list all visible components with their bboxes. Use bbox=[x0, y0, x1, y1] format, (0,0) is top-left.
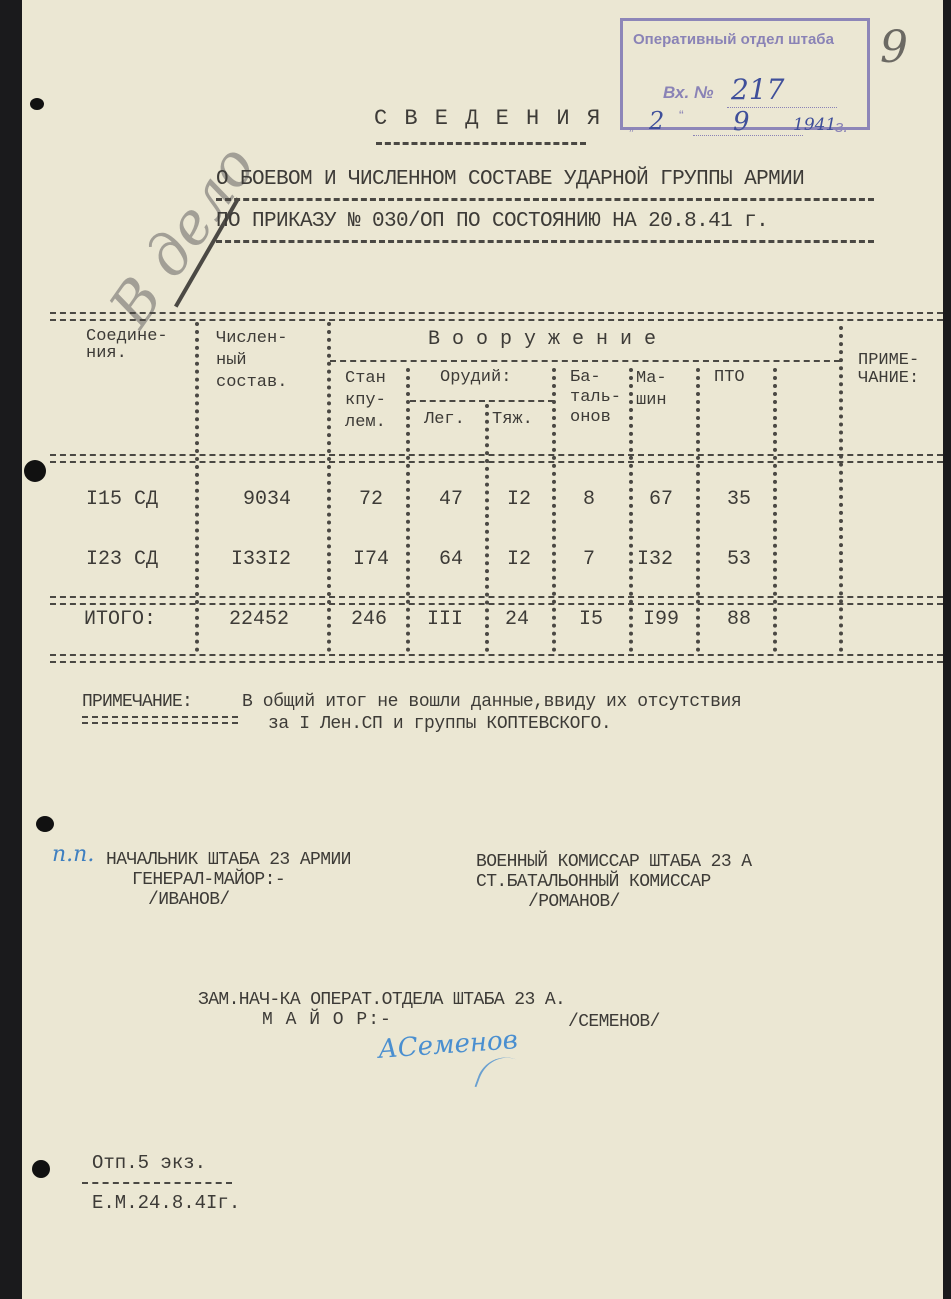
stamp-date-line bbox=[693, 135, 803, 136]
cell-machine-guns: I74 bbox=[336, 548, 406, 571]
cell-unit: I23 СД bbox=[86, 548, 158, 571]
deputy-rank: М А Й О Р:- bbox=[262, 1010, 392, 1030]
note-line-2: за I Лен.СП и группы КОПТЕВСКОГО. bbox=[268, 714, 611, 734]
header-bottom-rule bbox=[50, 454, 943, 463]
footer-rule bbox=[82, 1182, 232, 1184]
note-label: ПРИМЕЧАНИЕ: bbox=[82, 692, 192, 712]
cell-vehicles: 67 bbox=[626, 488, 696, 511]
header-personnel: Числен- ный состав. bbox=[216, 328, 287, 394]
header-remarks: ПРИМЕ- ЧАНИЕ: bbox=[858, 352, 919, 388]
stamp-day-open: „ bbox=[629, 117, 634, 133]
signer-right-name: /РОМАНОВ/ bbox=[528, 892, 620, 912]
punch-hole bbox=[24, 460, 46, 482]
cell-personnel: 22452 bbox=[224, 608, 294, 631]
page-number: 9 bbox=[880, 22, 908, 73]
col-sep bbox=[696, 368, 700, 652]
typist-note: Е.М.24.8.4Iг. bbox=[92, 1192, 240, 1214]
stamp-year: 1941 bbox=[793, 115, 836, 135]
cell-pto: 35 bbox=[704, 488, 774, 511]
note-label-underline bbox=[82, 716, 238, 724]
subtitle-underline-2 bbox=[216, 240, 874, 243]
subtitle-line-1: О БОЕВОМ И ЧИСЛЕННОМ СОСТАВЕ УДАРНОЙ ГРУ… bbox=[216, 168, 804, 191]
header-vehicles: Ма- шин bbox=[636, 368, 667, 412]
stamp-department: Оперативный отдел штаба bbox=[633, 31, 834, 48]
deputy-name: /СЕМЕНОВ/ bbox=[568, 1012, 660, 1032]
cell-battalions: 8 bbox=[554, 488, 624, 511]
cell-guns-heavy: 24 bbox=[482, 608, 552, 631]
col-sep bbox=[195, 322, 199, 652]
subtitle-line-2: ПО ПРИКАЗУ № 030/ОП ПО СОСТОЯНИЮ НА 20.8… bbox=[216, 210, 768, 233]
deputy-title: ЗАМ.НАЧ-КА ОПЕРАТ.ОТДЕЛА ШТАБА 23 А. bbox=[198, 990, 565, 1010]
signer-right-rank: СТ.БАТАЛЬОННЫЙ КОМИССАР bbox=[476, 872, 711, 892]
pp-mark: п.п. bbox=[52, 842, 94, 867]
cell-personnel: 9034 bbox=[232, 488, 302, 511]
note-line-1: В общий итог не вошли данные,ввиду их от… bbox=[242, 692, 741, 712]
cell-guns-light: III bbox=[410, 608, 480, 631]
cell-guns-heavy: I2 bbox=[484, 548, 554, 571]
cell-pto: 88 bbox=[704, 608, 774, 631]
stamp-year-suffix: г. bbox=[835, 117, 848, 137]
signer-right-title: ВОЕННЫЙ КОМИССАР ШТАБА 23 А bbox=[476, 852, 751, 872]
cell-guns-heavy: I2 bbox=[484, 488, 554, 511]
document-page bbox=[22, 0, 943, 1299]
col-sep bbox=[839, 326, 843, 652]
cell-unit: ИТОГО: bbox=[84, 608, 156, 631]
punch-hole bbox=[30, 98, 44, 110]
header-armament: В о о р у ж е н и е bbox=[428, 328, 656, 351]
cell-pto: 53 bbox=[704, 548, 774, 571]
header-machine-guns: Стан кпу- лем. bbox=[345, 368, 386, 434]
cell-machine-guns: 72 bbox=[336, 488, 406, 511]
stamp-month: 9 bbox=[733, 107, 750, 137]
stamp-in-label: Вх. № bbox=[663, 83, 713, 103]
col-sep bbox=[327, 322, 331, 652]
cell-battalions: I5 bbox=[556, 608, 626, 631]
stamp-day: 2 bbox=[649, 107, 664, 135]
copies-note: Отп.5 экз. bbox=[92, 1152, 206, 1174]
header-guns-heavy: Тяж. bbox=[492, 410, 533, 429]
cell-unit: I15 СД bbox=[86, 488, 158, 511]
cell-guns-light: 64 bbox=[416, 548, 486, 571]
cell-vehicles: I32 bbox=[620, 548, 690, 571]
cell-battalions: 7 bbox=[554, 548, 624, 571]
signer-left-rank: ГЕНЕРАЛ-МАЙОР:- bbox=[132, 870, 285, 890]
title-underline bbox=[376, 142, 586, 145]
subtitle-underline-1 bbox=[216, 198, 874, 201]
stamp-in-number: 217 bbox=[731, 73, 784, 106]
cell-personnel: I33I2 bbox=[226, 548, 296, 571]
header-guns: Орудий: bbox=[440, 368, 511, 387]
header-guns-light: Лег. bbox=[424, 410, 465, 429]
table-bottom-rule bbox=[50, 654, 943, 663]
guns-subrule bbox=[410, 400, 554, 402]
document-title: С В Е Д Е Н И Я bbox=[374, 106, 602, 131]
header-unit: Соедине- ния. bbox=[86, 328, 168, 362]
cell-guns-light: 47 bbox=[416, 488, 486, 511]
cell-vehicles: I99 bbox=[626, 608, 696, 631]
cell-machine-guns: 246 bbox=[334, 608, 404, 631]
header-pto: ПТО bbox=[714, 368, 745, 387]
punch-hole bbox=[36, 816, 54, 832]
total-top-rule bbox=[50, 596, 943, 605]
incoming-stamp: Оперативный отдел штаба Вх. № 217 „ 2 “ … bbox=[620, 18, 870, 130]
armament-subrule bbox=[330, 360, 840, 362]
signer-left-title: НАЧАЛЬНИК ШТАБА 23 АРМИИ bbox=[106, 850, 351, 870]
signer-left-name: /ИВАНОВ/ bbox=[148, 890, 230, 910]
header-battalions: Ба- таль- онов bbox=[570, 368, 621, 428]
stamp-day-close: “ bbox=[679, 107, 684, 123]
table-top-rule bbox=[50, 312, 943, 321]
punch-hole bbox=[32, 1160, 50, 1178]
